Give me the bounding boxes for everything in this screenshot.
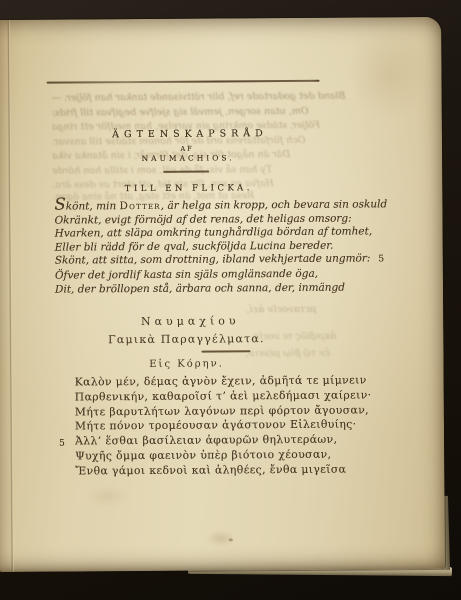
poem-line-text: Öfver det jordlif kasta sin själs omglän… [55,268,318,282]
paper-speck [229,538,233,541]
greek-author-heading: Ναυμαχίου [48,314,328,329]
poem-line: Ἔνθα γάμοι κεδνοὶ καὶ ἀληθέες, ἔνθα μιγε… [75,462,372,479]
poem-line: Dit, der bröllopen stå, ärbara och sanna… [55,281,388,297]
author-name: NAUMACHIOS. [47,153,326,164]
paper-stain [206,530,236,546]
bleedthrough-line: Bland det godartade ref, blir rättvisand… [52,91,346,105]
verse-number: 5 [59,437,65,452]
page-title: ÄGTENSKAPSRÅD [47,128,328,141]
poem-line-text: , är helga sin kropp, och bevara sin osk… [161,198,388,212]
poem-line-text: Μήτε βαρυτλήτων λαγόνων περὶ φόρτον ἄγου… [75,403,369,418]
book-page: Bland det godartade ref, blir rättvisand… [0,17,445,572]
paper-stain [348,29,429,120]
bleedthrough-line: Om, utan sorgen, jemväl sig sjelfve begi… [52,106,309,120]
poem-line-text: Μήτε πόνον τρομέουσαν ἀγάστονον Εἰλειθυί… [75,418,357,433]
poem-line-text: Ψυχῆς ὄμμα φαεινὸν ὑπὲρ βιότοιο χέουσαν, [75,448,331,463]
poem-line-text: könt, min [66,200,120,212]
poem-line-text: Ἀλλ’ ἕσθαι βασίλειαν ἀφαυρῶν θηλυτεράων, [75,433,337,448]
poem-line-text: Skönt, att sitta, som drottning, ibland … [55,253,371,267]
poem-line-text: Ἔνθα γάμοι κεδνοὶ καὶ ἀληθέες, ἔνθα μιγε… [75,462,346,477]
poem-line-text: Παρθενικήν, καθαροῖσί τ’ ἀεὶ μελεδήμασι … [75,388,372,403]
bleedthrough-line: Ty han så vis; få de väl, som i stilla h… [52,164,272,178]
verse-number: 5 [378,255,384,265]
paper-stain [85,485,129,507]
greek-subheading: Εἰς Κόρην. [49,358,325,371]
book-photo: Bland det godartade ref, blir rättvisand… [0,0,461,600]
swedish-poem: Skönt, min Dotter, är helga sin kropp, o… [54,195,387,296]
poem-line: Skönt, att sitta, som drottning, ibland … [55,253,388,270]
poem-line-text: Dit, der bröllopen stå, ärbara och sanna… [55,281,345,295]
section-rule [47,80,320,84]
poem-line-text: Okränkt, evigt förnöjd af det renas, det… [55,212,352,226]
greek-title-heading: Γαμικὰ Παραγγέλματα. [48,332,324,347]
author-rule [163,171,209,173]
smallcaps-word: Dotter [119,200,160,212]
poem-line-text: Eller bli rädd för de qval, suckföljda L… [55,239,334,253]
greek-poem: Καλὸν μέν, δέμας ἁγνὸν ἔχειν, ἀδμῆτά τε … [75,373,372,479]
poem-line: Hvarken, att släpa omkring tunghårdliga … [55,225,388,241]
drop-initial: S [54,195,65,214]
greek-title-rule [201,350,250,352]
poem-line-text: Καλὸν μέν, δέμας ἁγνὸν ἔχειν, ἀδμῆτά τε … [75,373,367,388]
poem-line-text: Hvarken, att släpa omkring tunghårdliga … [55,226,373,240]
dedication-heading: TILL EN FLICKA. [47,183,327,195]
